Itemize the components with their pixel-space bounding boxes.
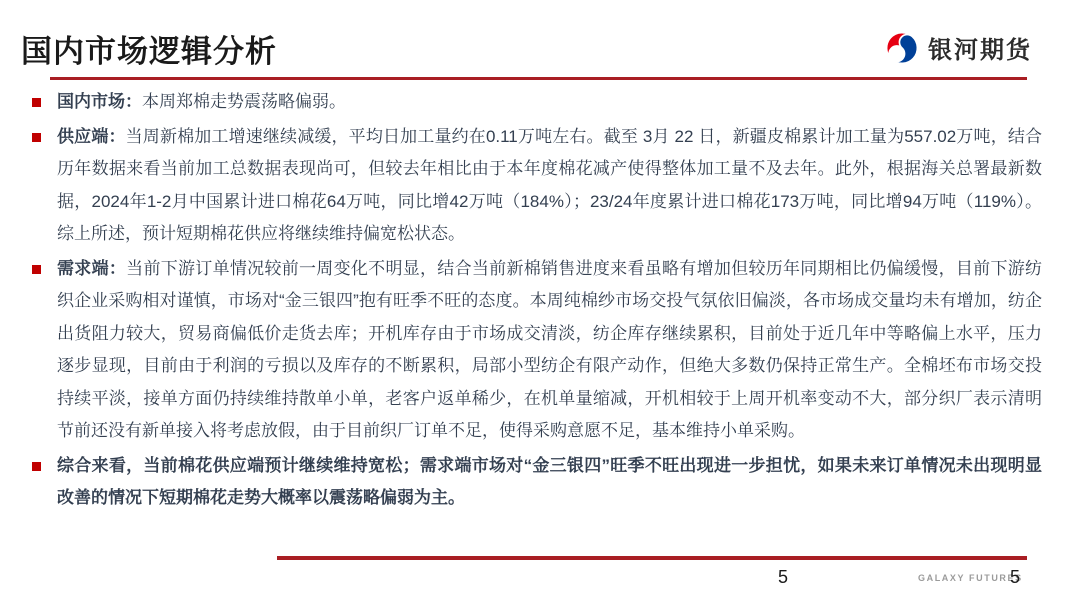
footer-brand-text: GALAXY FUTURES [918,573,1023,583]
bullet-body: 当周新棉加工增速继续减缓，平均日加工量约在0.11万吨左右。截至 3月 22 日… [57,127,1042,244]
bullet-domestic-market: 国内市场：本周郑棉走势震荡略偏弱。 [32,86,1042,119]
bullet-square-icon [32,133,41,142]
footer-divider [277,556,1027,560]
page-number: 5 [778,567,788,588]
bullet-label: 需求端： [57,259,126,278]
bullet-text: 综合来看，当前棉花供应端预计继续维持宽松；需求端市场对“金三银四”旺季不旺出现进… [57,450,1042,515]
bullet-text: 国内市场：本周郑棉走势震荡略偏弱。 [57,86,1042,119]
galaxy-futures-logo-icon [885,31,919,65]
brand-name: 银河期货 [928,30,1032,65]
brand-lockup: 银河期货 [885,30,1032,65]
bullet-square-icon [32,98,41,107]
bullet-square-icon [32,462,41,471]
bullet-label: 综合来看， [57,456,143,475]
bullet-square-icon [32,265,41,274]
bullet-body: 当前棉花供应端预计继续维持宽松；需求端市场对“金三银四”旺季不旺出现进一步担忧，… [57,456,1042,508]
page-title: 国内市场逻辑分析 [21,26,277,71]
header-divider [50,77,1027,80]
bullet-label: 国内市场： [57,92,142,111]
bullet-body: 本周郑棉走势震荡略偏弱。 [142,92,346,111]
slide-body: 国内市场：本周郑棉走势震荡略偏弱。 供应端：当周新棉加工增速继续减缓，平均日加工… [32,86,1042,517]
bullet-text: 供应端：当周新棉加工增速继续减缓，平均日加工量约在0.11万吨左右。截至 3月 … [57,121,1042,251]
bullet-supply-side: 供应端：当周新棉加工增速继续减缓，平均日加工量约在0.11万吨左右。截至 3月 … [32,121,1042,251]
slide: 国内市场逻辑分析 银河期货 国内市场：本周郑棉走势震荡略偏弱。 供应端：当周新棉… [0,0,1080,608]
page-number-right: 5 [1010,567,1020,588]
bullet-label: 供应端： [57,127,126,146]
bullet-demand-side: 需求端：当前下游订单情况较前一周变化不明显，结合当前新棉销售进度来看虽略有增加但… [32,253,1042,448]
bullet-text: 需求端：当前下游订单情况较前一周变化不明显，结合当前新棉销售进度来看虽略有增加但… [57,253,1042,448]
bullet-conclusion: 综合来看，当前棉花供应端预计继续维持宽松；需求端市场对“金三银四”旺季不旺出现进… [32,450,1042,515]
bullet-body: 当前下游订单情况较前一周变化不明显，结合当前新棉销售进度来看虽略有增加但较历年同… [57,259,1042,441]
